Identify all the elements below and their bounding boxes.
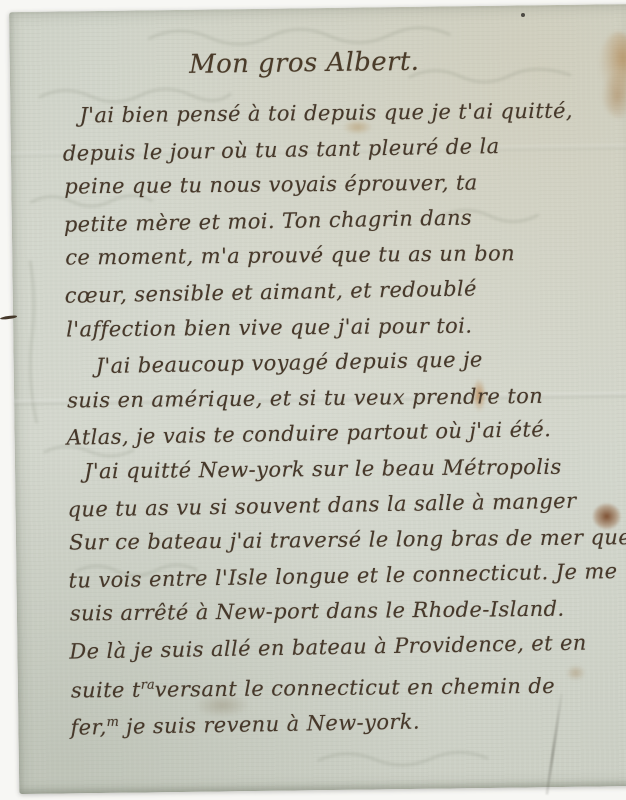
letter-body: Mon gros Albert. J'ai bien pensé à toi d… <box>62 44 616 740</box>
letter-paper: Mon gros Albert. J'ai bien pensé à toi d… <box>9 4 626 794</box>
superscript-insertion: m <box>106 715 119 730</box>
line-segment: je suis revenu à New-york. <box>119 710 420 739</box>
line-segment: suite t <box>71 677 141 702</box>
dust-speck <box>521 13 525 17</box>
line-segment: fer, <box>70 715 107 740</box>
photo-background: Mon gros Albert. J'ai bien pensé à toi d… <box>0 0 626 800</box>
letter-salutation: Mon gros Albert. <box>62 44 607 81</box>
superscript-insertion: ra <box>141 677 155 692</box>
line-segment: versant le connecticut en chemin de <box>155 673 556 701</box>
